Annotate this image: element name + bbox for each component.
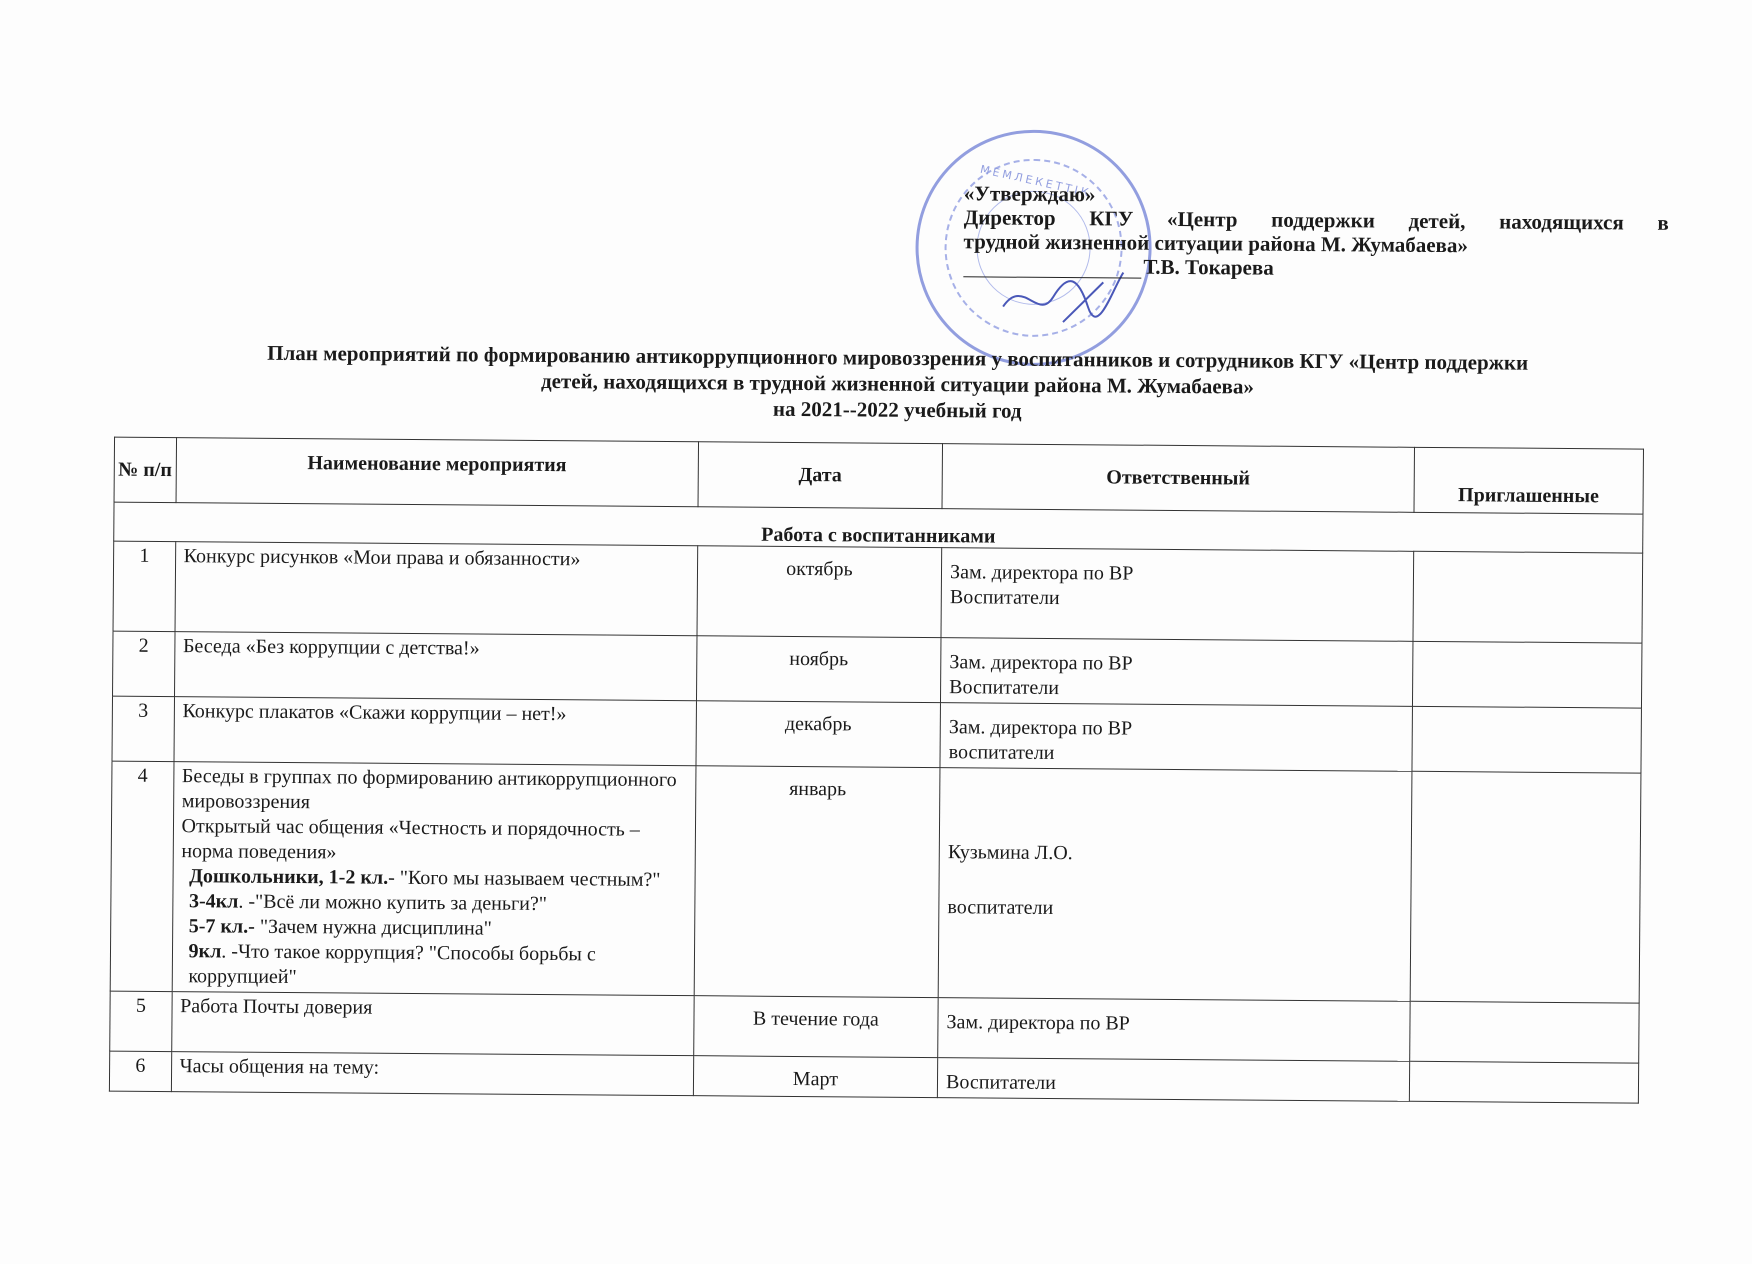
row-date: ноябрь [696,636,941,703]
responsible-2: воспитатели [947,895,1402,924]
row-responsible: Воспитатели [937,1058,1409,1102]
header-invited: Приглашенные [1414,447,1644,514]
events-table: № п/п Наименование мероприятия Дата Отве… [109,437,1644,1104]
row-responsible: Зам. директора по ВРВоспитатели [941,548,1413,642]
row-date: Март [693,1056,938,1098]
sub-item-group: Дошкольники, 1-2 кл. [189,865,388,889]
row-invited [1409,1001,1639,1063]
row-name: Конкурс рисунков «Мои права и обязанност… [175,542,698,636]
sub-item-topic: . -"Всё ли можно купить за деньги?" [238,891,547,915]
row-responsible: Зам. директора по ВР [938,998,1410,1062]
table-row: 2 Беседа «Без коррупции с детства!» нояб… [113,631,1642,708]
approval-signer: Т.В. Токарева [1143,255,1274,280]
row-invited [1412,706,1642,773]
sub-item-group: 9кл [189,940,222,962]
row-num: 6 [109,1051,171,1091]
row-num: 5 [110,991,172,1051]
row-num: 3 [112,696,174,761]
row-date: январь [694,766,940,998]
row-invited [1413,551,1643,643]
row-date: октябрь [697,546,942,638]
responsible-2: воспитатели [949,740,1404,769]
sub-item-topic: "Зачем нужна дисциплина" [255,916,492,940]
row-name: Беседа «Без коррупции с детства!» [174,632,697,701]
document-page: МЕМЛЕКЕТТІК «Утверждаю» Директор КГУ «Це… [0,0,1752,1264]
row-name: Беседы в группах по формированию антикор… [172,762,696,996]
header-name: Наименование мероприятия [176,438,699,507]
header-date: Дата [698,442,943,509]
sub-item: 9кл. -Что такое коррупция? "Способы борь… [180,939,685,993]
table-header-row: № п/п Наименование мероприятия Дата Отве… [114,437,1643,514]
table-row: 3 Конкурс плакатов «Скажи коррупции – не… [112,696,1641,773]
row-invited [1409,1061,1639,1103]
header-num: № п/п [114,437,176,502]
row-date: В течение года [693,996,938,1058]
table-row: 4 Беседы в группах по формированию антик… [110,761,1641,1003]
row-invited [1410,771,1641,1003]
document-title: План мероприятий по формированию антикор… [132,339,1663,429]
responsible-1: Зам. директора по ВР [950,560,1405,589]
sub-item-topic: . -Что такое коррупция? "Способы борьбы … [188,940,596,988]
row-responsible: Зам. директора по ВРвоспитатели [940,703,1412,772]
row-num: 1 [113,541,175,631]
row-name: Часы общения на тему: [171,1052,693,1096]
row-name-line-2: Открытый час общения «Честность и порядо… [181,814,686,868]
row-num: 4 [110,761,173,991]
responsible-1: Зам. директора по ВР [949,715,1404,744]
responsible-1: Зам. директора по ВР [949,650,1404,679]
row-num: 2 [113,631,175,696]
row-name-line-1: Беседы в группах по формированию антикор… [182,764,687,818]
sub-item-group: 5-7 кл.- [189,915,255,938]
sub-item-group: 3-4кл [189,890,239,912]
row-responsible: Зам. директора по ВРВоспитатели [941,638,1413,707]
row-invited [1412,641,1642,708]
sub-item-topic: - "Кого мы называем честным?" [388,867,661,891]
responsible-2: Воспитатели [950,585,1405,614]
responsible-1: Кузьмина Л.О. [948,840,1403,869]
row-name: Работа Почты доверия [171,992,694,1056]
row-responsible: Кузьмина Л.О.воспитатели [938,768,1411,1002]
header-responsible: Ответственный [942,444,1414,513]
table-row: 1 Конкурс рисунков «Мои права и обязанно… [113,541,1643,643]
responsible-2: Воспитатели [949,675,1404,704]
row-name: Конкурс плакатов «Скажи коррупции – нет!… [174,697,697,766]
row-date: декабрь [696,701,941,768]
signature-line [963,258,1141,278]
approval-block: «Утверждаю» Директор КГУ «Центр поддержк… [963,181,1669,283]
